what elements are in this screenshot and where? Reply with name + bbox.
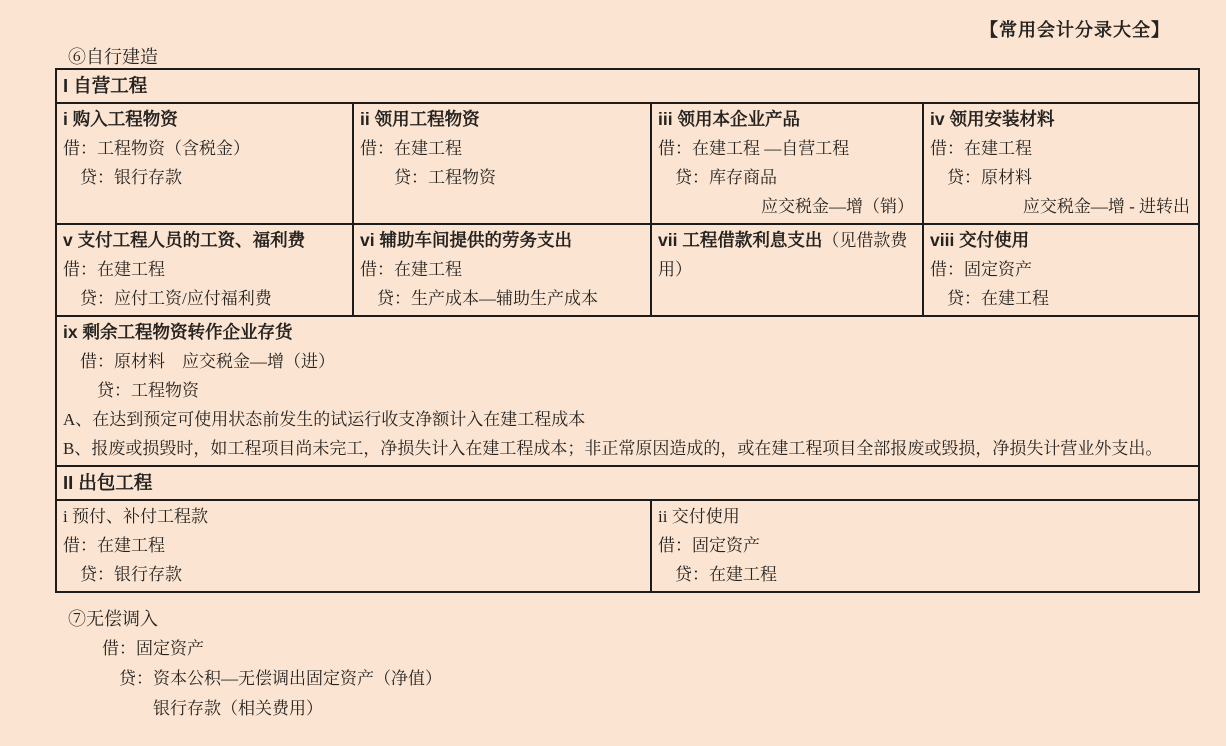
entry-title: iv 领用安装材料 <box>930 105 1192 134</box>
part1-header: I 自营工程 <box>63 71 1192 100</box>
entry-line: 借：工程物资（含税金） <box>63 134 346 163</box>
cell-use-materials: ii 领用工程物资 借：在建工程 贷：工程物资 <box>353 103 651 224</box>
entry-line: 借：在建工程 —自营工程 <box>658 134 916 163</box>
entry-line: 贷：在建工程 <box>930 284 1192 313</box>
entry-title: vi 辅助车间提供的劳务支出 <box>360 226 644 255</box>
cell-remaining-materials: ix 剩余工程物资转作企业存货 借：原材料 应交税金—增（进） 贷：工程物资 A… <box>56 316 1199 466</box>
cell-purchase-materials: i 购入工程物资 借：工程物资（含税金） 贷：银行存款 <box>56 103 353 224</box>
entry-title: ix 剩余工程物资转作企业存货 <box>63 318 1192 347</box>
part2-header-cell: II 出包工程 <box>56 466 1199 500</box>
journal-entries-table: I 自营工程 i 购入工程物资 借：工程物资（含税金） 贷：银行存款 ii 领用… <box>55 68 1200 593</box>
table-row: II 出包工程 <box>56 466 1199 500</box>
entry-title: vii 工程借款利息支出（见借款费用） <box>658 226 916 284</box>
cell-use-install-materials: iv 领用安装材料 借：在建工程 贷：原材料 应交税金—增 - 进转出 <box>923 103 1199 224</box>
table-row: i 购入工程物资 借：工程物资（含税金） 贷：银行存款 ii 领用工程物资 借：… <box>56 103 1199 224</box>
cell-outsourced-delivery: ii 交付使用 借：固定资产 贷：在建工程 <box>651 500 1199 592</box>
note-b: B、报废或损毁时，如工程项目尚未完工，净损失计入在建工程成本；非正常原因造成的，… <box>63 434 1192 463</box>
entry-line: 应交税金—增 - 进转出 <box>930 192 1192 221</box>
entry-line: 借：原材料 应交税金—增（进） <box>63 347 1192 376</box>
entry-title: ii 交付使用 <box>658 502 1192 531</box>
table-row: ix 剩余工程物资转作企业存货 借：原材料 应交税金—增（进） 贷：工程物资 A… <box>56 316 1199 466</box>
entry-line: 贷：原材料 <box>930 163 1192 192</box>
cell-pay-wages: v 支付工程人员的工资、福利费 借：在建工程 贷：应付工资/应付福利费 <box>56 224 353 316</box>
entry-line: 借：固定资产 <box>658 531 1192 560</box>
cell-delivery-use: viii 交付使用 借：固定资产 贷：在建工程 <box>923 224 1199 316</box>
cell-use-own-products: iii 领用本企业产品 借：在建工程 —自营工程 贷：库存商品 应交税金—增（销… <box>651 103 923 224</box>
table-row: v 支付工程人员的工资、福利费 借：在建工程 贷：应付工资/应付福利费 vi 辅… <box>56 224 1199 316</box>
section7-title: ⑦无偿调入 <box>68 604 442 634</box>
entry-line: 借：固定资产 <box>930 255 1192 284</box>
table-row: I 自营工程 <box>56 69 1199 103</box>
entry-line: 借：在建工程 <box>63 255 346 284</box>
entry-line: 贷：生产成本—辅助生产成本 <box>360 284 644 313</box>
entry-line: 贷：工程物资 <box>63 376 1192 405</box>
entry-title: viii 交付使用 <box>930 226 1192 255</box>
section7: ⑦无偿调入 借：固定资产 贷：资本公积—无偿调出固定资产（净值） 银行存款（相关… <box>68 604 442 724</box>
entry-line: 借：在建工程 <box>360 134 644 163</box>
entry-line: 借：在建工程 <box>63 531 644 560</box>
entry-line: 应交税金—增（销） <box>658 192 916 221</box>
entry-title: ii 领用工程物资 <box>360 105 644 134</box>
entry-line: 银行存款（相关费用） <box>68 694 442 724</box>
entry-line: 贷：在建工程 <box>658 560 1192 589</box>
part1-header-cell: I 自营工程 <box>56 69 1199 103</box>
entry-line: 贷：资本公积—无偿调出固定资产（净值） <box>68 664 442 694</box>
entry-line: 贷：应付工资/应付福利费 <box>63 284 346 313</box>
entry-line: 借：固定资产 <box>68 634 442 664</box>
cell-auxiliary-labor: vi 辅助车间提供的劳务支出 借：在建工程 贷：生产成本—辅助生产成本 <box>353 224 651 316</box>
entry-line: 借：在建工程 <box>930 134 1192 163</box>
entry-title: iii 领用本企业产品 <box>658 105 916 134</box>
cell-prepay-project: i 预付、补付工程款 借：在建工程 贷：银行存款 <box>56 500 651 592</box>
cell-loan-interest: vii 工程借款利息支出（见借款费用） <box>651 224 923 316</box>
entry-title: v 支付工程人员的工资、福利费 <box>63 226 346 255</box>
entry-line: 贷：工程物资 <box>360 163 644 192</box>
part2-header: II 出包工程 <box>63 468 1192 497</box>
entry-line: 贷：库存商品 <box>658 163 916 192</box>
section6-title: ⑥自行建造 <box>68 43 158 69</box>
page-header-badge: 【常用会计分录大全】 <box>980 16 1170 42</box>
entry-line: 贷：银行存款 <box>63 560 644 589</box>
note-a: A、在达到预定可使用状态前发生的试运行收支净额计入在建工程成本 <box>63 405 1192 434</box>
entry-line: 借：在建工程 <box>360 255 644 284</box>
table-row: i 预付、补付工程款 借：在建工程 贷：银行存款 ii 交付使用 借：固定资产 … <box>56 500 1199 592</box>
entry-title: i 购入工程物资 <box>63 105 346 134</box>
entry-line: 贷：银行存款 <box>63 163 346 192</box>
entry-title: i 预付、补付工程款 <box>63 502 644 531</box>
document-page: 【常用会计分录大全】 ⑥自行建造 I 自营工程 i 购入工程物资 借：工程物资（… <box>0 0 1226 746</box>
